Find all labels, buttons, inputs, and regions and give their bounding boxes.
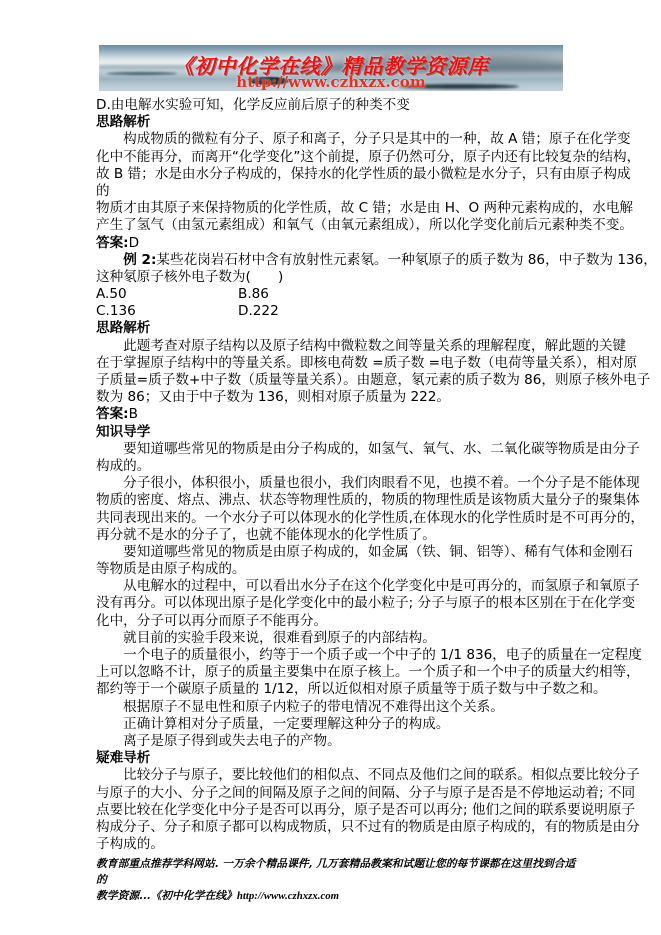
text-run: C.136 [96, 303, 238, 320]
text-run: 就目前的实验手段来说，很难看到原子的内部结构。 [96, 630, 436, 646]
text-line: C.136D.222 [96, 303, 574, 320]
section-heading: 疑难导析 [96, 750, 574, 767]
text-line: 点要比较在化学变化中分子是否可以再分，原子是否可以再分; 他们之间的联系要说明原… [96, 802, 574, 819]
document-body: D.由电解水实验可知，化学反应前后原子的种类不变思路解析 构成物质的微粒有分子、… [96, 97, 574, 853]
text-run: 故 B 错；水是由水分子构成的，保持水的化学性质的最小微粒是水分子，只有由原子构… [96, 166, 631, 182]
text-line: 化中不能再分，而离开“化学变化”这个前提，原子仍然可分，原子内还有比较复杂的结构… [96, 149, 574, 166]
text-run: 的 [96, 183, 110, 199]
text-run: 此题考查对原子结构以及原子结构中微粒数之间等量关系的理解程度，解此题的关键 [96, 338, 626, 354]
banner-url: http://www.czhxzx.com [99, 73, 563, 91]
footer-line2: 教学资源...《初中化学在线》 [96, 889, 237, 902]
text-run: 要知道哪些常见的物质是由分子构成的，如氢气、氧气、水、二氧化碳等物质是由分子 [96, 441, 640, 457]
text-run: 物质才由其原子来保持物质的化学性质，故 C 错；水是由 H、O 两种元素构成的，… [96, 200, 633, 216]
text-run: 共同表现出来的。一个水分子可以体现水的化学性质,在体现水的化学性质时是不可再分的… [96, 510, 644, 526]
bold-text-run: 答案: [96, 406, 129, 422]
text-run: 再分就不是水的分子了，也就不能体现水的化学性质了。 [96, 527, 436, 543]
text-line: 这种氡原子核外电子数为( ) [96, 269, 574, 286]
text-line: 故 B 错；水是由水分子构成的，保持水的化学性质的最小微粒是水分子，只有由原子构… [96, 166, 574, 183]
text-run: 一个电子的质量很小，约等于一个质子或一个中子的 1/1 836，电子的质量在一定… [96, 647, 642, 663]
text-run: 构成物质的微粒有分子、原子和离子，分子只是其中的一种，故 A 错；原子在化学变 [96, 131, 631, 147]
text-run: 要知道哪些常见的物质是由原子构成的，如金属（铁、铜、铝等）、稀有气体和金刚石 [96, 544, 633, 560]
text-run: 都约等于一个碳原子质量的 1/12，所以近似相对原子质量等于质子数与中子数之和。 [96, 681, 607, 697]
text-line: 例 2:某些花岗岩石材中含有放射性元素氡。一种氡原子的质子数为 86，中子数为 … [96, 252, 574, 269]
text-line: 就目前的实验手段来说，很难看到原子的内部结构。 [96, 630, 574, 647]
text-line: 子构成的。 [96, 836, 574, 853]
text-line: 物质的密度、熔点、沸点、状态等物理性质的，物质的物理性质是该物质大量分子的聚集体 [96, 492, 574, 509]
footer-url: http://www.czhxzx.com [237, 890, 339, 902]
section-heading: 思路解析 [96, 114, 574, 131]
text-run: 构成的。 [96, 458, 150, 474]
text-line: 没有再分。可以体现出原子是化学变化中的最小粒子; 分子与原子的根本区别在于在化学… [96, 595, 574, 612]
text-line: 再分就不是水的分子了，也就不能体现水的化学性质了。 [96, 527, 574, 544]
bold-text-run: 思路解析 [96, 114, 150, 130]
text-line: 构成物质的微粒有分子、原子和离子，分子只是其中的一种，故 A 错；原子在化学变 [96, 131, 574, 148]
text-run: 数为 86；又由于中子数为 136，则相对原子质量为 222。 [96, 389, 450, 405]
text-run: 在于掌握原子结构中的等量关系。即核电荷数 =质子数 =电子数（电荷等量关系），相… [96, 355, 637, 371]
text-run: 化中，分子可以再分而原子不能再分。 [96, 613, 327, 629]
text-line: 等物质是由原子构成的。 [96, 561, 574, 578]
text-run: 从电解水的过程中，可以看出水分子在这个化学变化中是可再分的，而氢原子和氧原子 [96, 578, 640, 594]
text-line: 上可以忽略不计，原子的质量主要集中在原子核上。一个质子和一个中子的质量大约相等， [96, 664, 574, 681]
text-line: 要知道哪些常见的物质是由分子构成的，如氢气、氧气、水、二氧化碳等物质是由分子 [96, 441, 574, 458]
text-run: 构成分子、分子和原子都可以构成物质，只不过有的物质是由原子构成的，有的物质是由分 [96, 819, 640, 835]
text-run: 正确计算相对分子质量，一定要理解这种分子的构成。 [96, 716, 449, 732]
text-run: 上可以忽略不计，原子的质量主要集中在原子核上。一个质子和一个中子的质量大约相等， [96, 664, 640, 680]
text-line: 构成分子、分子和原子都可以构成物质，只不过有的物质是由原子构成的，有的物质是由分 [96, 819, 574, 836]
text-run: 比较分子与原子，要比较他们的相似点、不同点及他们之间的联系。相似点要比较分子 [96, 767, 640, 783]
text-line: 一个电子的质量很小，约等于一个质子或一个中子的 1/1 836，电子的质量在一定… [96, 647, 574, 664]
section-heading: 知识导学 [96, 424, 574, 441]
site-banner: 《初中化学在线》精品教学资源库 http://www.czhxzx.com [99, 45, 563, 91]
text-line: 都约等于一个碳原子质量的 1/12，所以近似相对原子质量等于质子数与中子数之和。 [96, 681, 574, 698]
text-line: D.由电解水实验可知，化学反应前后原子的种类不变 [96, 97, 574, 114]
text-line: 比较分子与原子，要比较他们的相似点、不同点及他们之间的联系。相似点要比较分子 [96, 767, 574, 784]
text-run: D.由电解水实验可知，化学反应前后原子的种类不变 [96, 97, 410, 113]
text-line: 在于掌握原子结构中的等量关系。即核电荷数 =质子数 =电子数（电荷等量关系），相… [96, 355, 574, 372]
text-run: B [129, 406, 138, 422]
text-line: 答案:D [96, 235, 574, 252]
bold-text-run: 知识导学 [96, 424, 150, 440]
text-run: 与原子的大小、分子之间的间隔及原子之间的间隔、分子与原子是否是不停地运动着; 不… [96, 785, 635, 801]
text-line: 此题考查对原子结构以及原子结构中微粒数之间等量关系的理解程度，解此题的关键 [96, 338, 574, 355]
text-run: D [129, 235, 139, 251]
text-run: 子质量=质子数+中子数（质量等量关系）。由题意，氡元素的质子数为 86，则原子核… [96, 372, 650, 388]
text-line: 要知道哪些常见的物质是由原子构成的，如金属（铁、铜、铝等）、稀有气体和金刚石 [96, 544, 574, 561]
text-line: 从电解水的过程中，可以看出水分子在这个化学变化中是可再分的，而氢原子和氧原子 [96, 578, 574, 595]
document-page: 《初中化学在线》精品教学资源库 http://www.czhxzx.com D.… [0, 0, 661, 935]
bold-text-run: 思路解析 [96, 320, 150, 336]
text-run: D.222 [238, 303, 279, 319]
text-line: 分子很小，体积很小，质量也很小，我们肉眼看不见，也摸不着。一个分子是不能体现 [96, 475, 574, 492]
footer-line1: 教育部重点推荐学科网站. 一万余个精品课件, 几万套精品教案和试题让您的每节课都… [96, 857, 575, 886]
section-heading: 思路解析 [96, 320, 574, 337]
text-line: 根据原子不显电性和原子内粒子的带电情况不难得出这个关系。 [96, 699, 574, 716]
text-line: 产生了氢气（由氢元素组成）和氧气（由氧元素组成），所以化学变化前后元素种类不变。 [96, 217, 574, 234]
text-run: A.50 [96, 286, 238, 303]
text-run: 分子很小，体积很小，质量也很小，我们肉眼看不见，也摸不着。一个分子是不能体现 [96, 475, 640, 491]
text-line: 数为 86；又由于中子数为 136，则相对原子质量为 222。 [96, 389, 574, 406]
text-run: B.86 [238, 286, 269, 302]
text-run: 物质的密度、熔点、沸点、状态等物理性质的，物质的物理性质是该物质大量分子的聚集体 [96, 492, 640, 508]
text-run: 子构成的。 [96, 836, 164, 852]
text-line: 共同表现出来的。一个水分子可以体现水的化学性质,在体现水的化学性质时是不可再分的… [96, 510, 574, 527]
text-line: 与原子的大小、分子之间的间隔及原子之间的间隔、分子与原子是否是不停地运动着; 不… [96, 785, 574, 802]
bold-text-run: 例 2: [123, 252, 156, 268]
text-line: A.50B.86 [96, 286, 574, 303]
bold-text-run: 疑难导析 [96, 750, 150, 766]
text-run: 这种氡原子核外电子数为( ) [96, 269, 283, 285]
text-run: 某些花岗岩石材中含有放射性元素氡。一种氡原子的质子数为 86，中子数为 136， [156, 252, 656, 268]
text-line: 化中，分子可以再分而原子不能再分。 [96, 613, 574, 630]
text-line: 子质量=质子数+中子数（质量等量关系）。由题意，氡元素的质子数为 86，则原子核… [96, 372, 574, 389]
bold-text-run: 答案: [96, 235, 129, 251]
text-run: 离子是原子得到或失去电子的产物。 [96, 733, 341, 749]
text-run: 等物质是由原子构成的。 [96, 561, 246, 577]
text-run: 没有再分。可以体现出原子是化学变化中的最小粒子; 分子与原子的根本区别在于在化学… [96, 595, 635, 611]
footer-note: 教育部重点推荐学科网站. 一万余个精品课件, 几万套精品教案和试题让您的每节课都… [96, 856, 576, 920]
text-run: 产生了氢气（由氢元素组成）和氧气（由氧元素组成），所以化学变化前后元素种类不变。 [96, 217, 633, 233]
text-line: 正确计算相对分子质量，一定要理解这种分子的构成。 [96, 716, 574, 733]
text-line: 的 [96, 183, 574, 200]
text-run: 点要比较在化学变化中分子是否可以再分，原子是否可以再分; 他们之间的联系要说明原… [96, 802, 635, 818]
text-run: 根据原子不显电性和原子内粒子的带电情况不难得出这个关系。 [96, 699, 504, 715]
text-line: 离子是原子得到或失去电子的产物。 [96, 733, 574, 750]
text-run: 化中不能再分，而离开“化学变化”这个前提，原子仍然可分，原子内还有比较复杂的结构… [96, 149, 640, 165]
text-line: 答案:B [96, 406, 574, 423]
text-line: 构成的。 [96, 458, 574, 475]
text-line: 物质才由其原子来保持物质的化学性质，故 C 错；水是由 H、O 两种元素构成的，… [96, 200, 574, 217]
text-run [96, 252, 123, 268]
